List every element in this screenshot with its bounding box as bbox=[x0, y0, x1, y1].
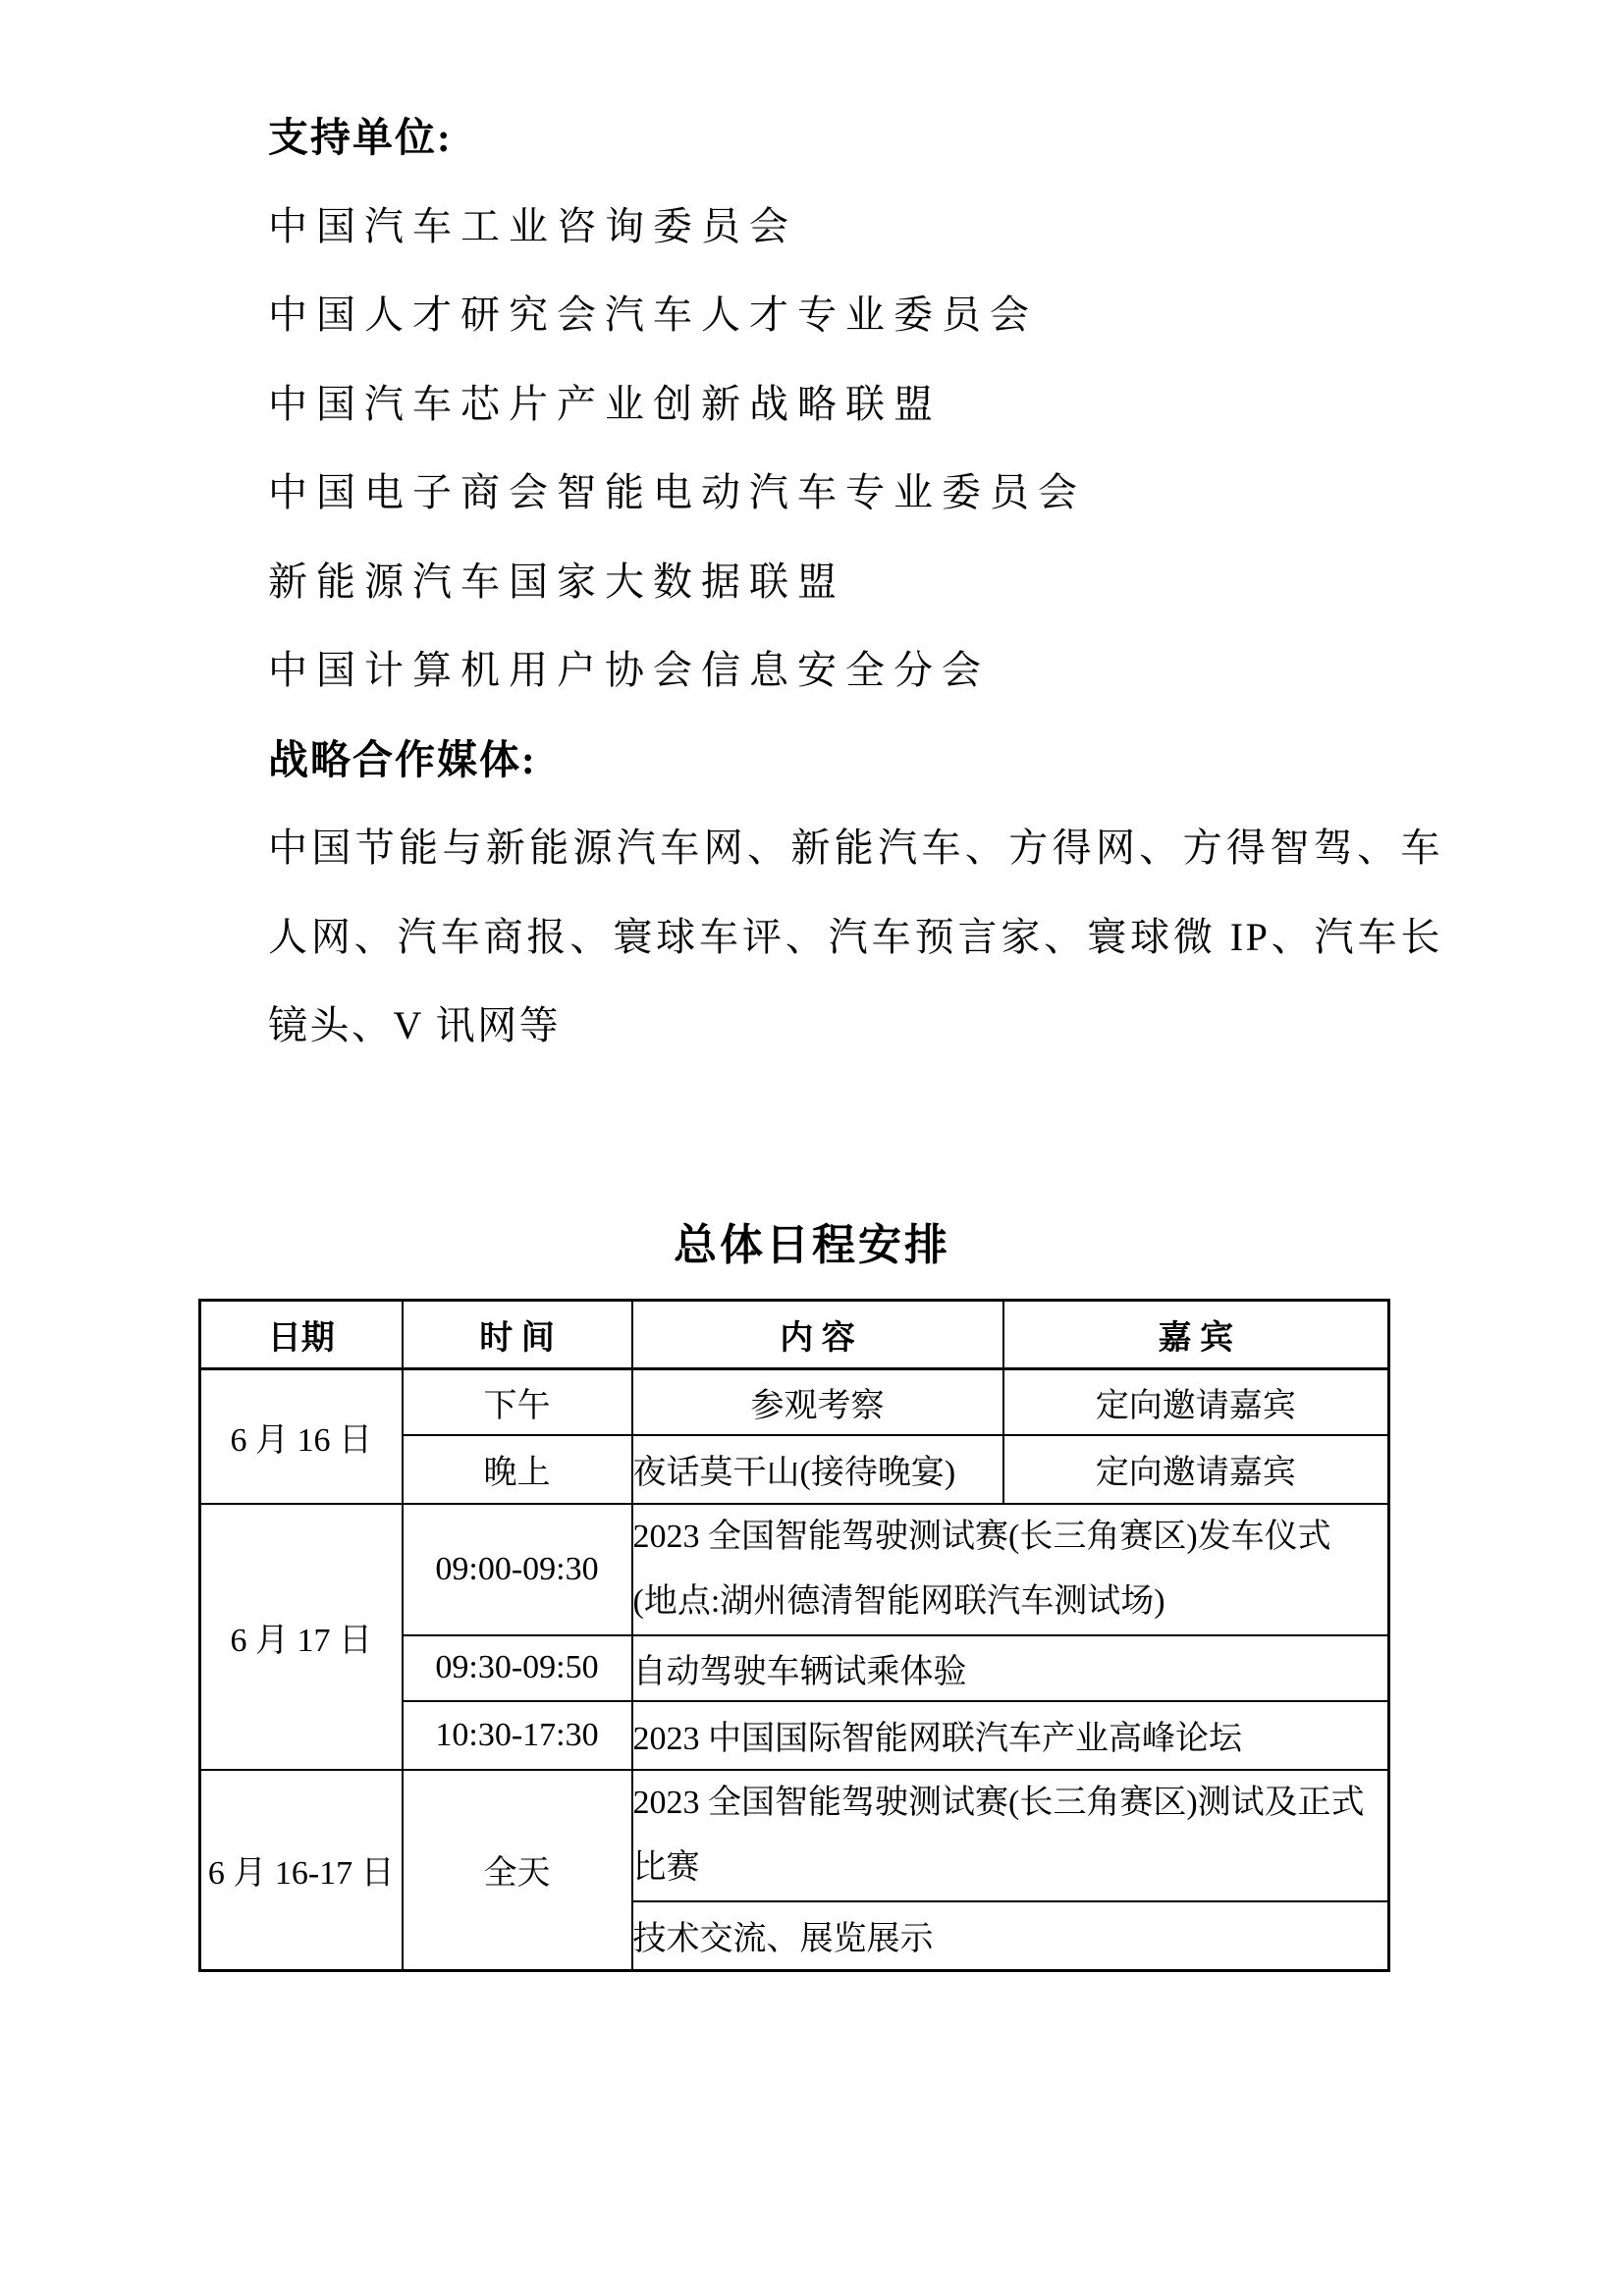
content-line: (地点:湖州德清智能网联汽车测试场) bbox=[633, 1570, 1388, 1634]
time-cell: 下午 bbox=[403, 1369, 632, 1435]
content-cell: 夜话莫干山(接待晚宴) bbox=[632, 1435, 1003, 1504]
date-cell: 6 月 17 日 bbox=[200, 1504, 403, 1770]
supporter-item: 中国电子商会智能电动汽车专业委员会 bbox=[268, 449, 1442, 538]
header-cell-date: 日期 bbox=[200, 1301, 403, 1369]
time-cell: 09:30-09:50 bbox=[403, 1635, 632, 1701]
schedule-table: 日期 时 间 内 容 嘉 宾 6 月 16 日 下午 参观考察 定向邀请嘉宾 晚… bbox=[198, 1299, 1390, 1972]
table-row: 6 月 16 日 下午 参观考察 定向邀请嘉宾 bbox=[200, 1369, 1389, 1435]
guest-cell: 定向邀请嘉宾 bbox=[1003, 1369, 1389, 1435]
content-line: 2023 全国智能驾驶测试赛(长三角赛区)发车仪式 bbox=[633, 1505, 1388, 1570]
date-cell: 6 月 16-17 日 bbox=[200, 1770, 403, 1971]
content-cell: 自动驾驶车辆试乘体验 bbox=[632, 1635, 1389, 1701]
time-cell: 晚上 bbox=[403, 1435, 632, 1504]
table-row: 6 月 16-17 日 全天 2023 全国智能驾驶测试赛(长三角赛区)测试及正… bbox=[200, 1770, 1389, 1901]
supporter-item: 中国人才研究会汽车人才专业委员会 bbox=[268, 271, 1442, 360]
time-cell: 09:00-09:30 bbox=[403, 1504, 632, 1635]
supporter-item: 新能源汽车国家大数据联盟 bbox=[268, 538, 1442, 627]
supporter-item: 中国汽车芯片产业创新战略联盟 bbox=[268, 360, 1442, 450]
table-row: 6 月 17 日 09:00-09:30 2023 全国智能驾驶测试赛(长三角赛… bbox=[200, 1504, 1389, 1635]
document-page: 支持单位: 中国汽车工业咨询委员会 中国人才研究会汽车人才专业委员会 中国汽车芯… bbox=[0, 0, 1624, 2296]
supporters-heading: 支持单位: bbox=[268, 93, 1442, 183]
header-cell-guest: 嘉 宾 bbox=[1003, 1301, 1389, 1369]
schedule-title: 总体日程安排 bbox=[0, 1215, 1624, 1276]
supporter-item: 中国计算机用户协会信息安全分会 bbox=[268, 626, 1442, 716]
date-cell: 6 月 16 日 bbox=[200, 1369, 403, 1504]
content-cell: 技术交流、展览展示 bbox=[632, 1901, 1389, 1971]
media-line: 人网、汽车商报、寰球车评、汽车预言家、寰球微 IP、汽车长 bbox=[268, 893, 1442, 983]
content-cell: 2023 中国国际智能网联汽车产业高峰论坛 bbox=[632, 1701, 1389, 1770]
media-line: 中国节能与新能源汽车网、新能汽车、方得网、方得智驾、车 bbox=[268, 804, 1442, 893]
supporter-item: 中国汽车工业咨询委员会 bbox=[268, 183, 1442, 272]
content-cell: 2023 全国智能驾驶测试赛(长三角赛区)测试及正式比赛 bbox=[632, 1770, 1389, 1901]
media-line: 镜头、V 讯网等 bbox=[268, 982, 1442, 1071]
partners-text-block: 支持单位: 中国汽车工业咨询委员会 中国人才研究会汽车人才专业委员会 中国汽车芯… bbox=[268, 93, 1442, 1071]
guest-cell: 定向邀请嘉宾 bbox=[1003, 1435, 1389, 1504]
header-cell-content: 内 容 bbox=[632, 1301, 1003, 1369]
table-header-row: 日期 时 间 内 容 嘉 宾 bbox=[200, 1301, 1389, 1369]
content-cell: 2023 全国智能驾驶测试赛(长三角赛区)发车仪式 (地点:湖州德清智能网联汽车… bbox=[632, 1504, 1389, 1635]
header-cell-time: 时 间 bbox=[403, 1301, 632, 1369]
content-cell: 参观考察 bbox=[632, 1369, 1003, 1435]
time-cell: 10:30-17:30 bbox=[403, 1701, 632, 1770]
time-cell: 全天 bbox=[403, 1770, 632, 1971]
media-heading: 战略合作媒体: bbox=[268, 716, 1442, 805]
